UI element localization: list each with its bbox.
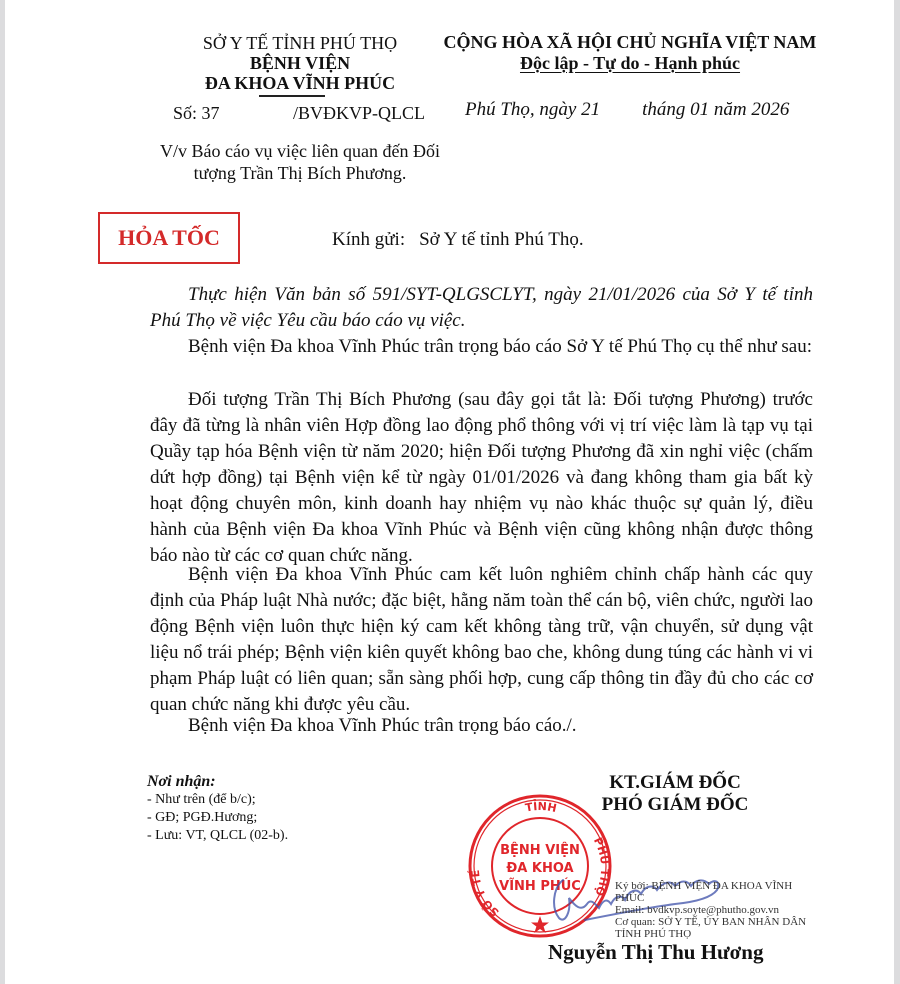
place-date-part1: Phú Thọ, ngày 21 (465, 99, 600, 120)
stamp-outer-left: SỞ Y TẾ (467, 869, 502, 919)
hospital-name-line2: ĐA KHOA VĨNH PHÚC (150, 72, 450, 94)
paragraph-intro: Thực hiện Văn bản số 591/SYT-QLGSCLYT, n… (150, 282, 813, 334)
place-and-date: Phú Thọ, ngày 21tháng 01 năm 2026 (465, 99, 789, 121)
paragraph-intro-text: Thực hiện Văn bản số 591/SYT-QLGSCLYT, n… (150, 282, 813, 334)
distribution-item: - Như trên (để b/c); (147, 791, 288, 809)
distribution-item: - GĐ; PGĐ.Hương; (147, 809, 288, 827)
right-gutter (894, 0, 900, 984)
svg-text:TỈNH: TỈNH (524, 799, 558, 815)
recipient-value: Sở Y tế tỉnh Phú Thọ. (419, 229, 584, 250)
header-left-underline (259, 95, 325, 97)
paragraph-subject-details-text: Đối tượng Trần Thị Bích Phương (sau đây … (150, 387, 813, 569)
paragraph-report: Bệnh viện Đa khoa Vĩnh Phúc trân trọng b… (150, 334, 813, 360)
document-subject: V/v Báo cáo vụ việc liên quan đến Đối tư… (150, 140, 450, 184)
urgent-badge: HỎA TỐC (98, 212, 240, 264)
paragraph-commitment: Bệnh viện Đa khoa Vĩnh Phúc cam kết luôn… (150, 562, 813, 718)
digital-organization: Cơ quan: SỞ Y TẾ, ỦY BAN NHÂN DÂN TỈNH P… (615, 916, 815, 940)
stamp-outer-top: TỈNH (524, 799, 558, 815)
digital-signed-by: Ký bởi: BỆNH VIỆN ĐA KHOA VĨNH PHÚC (615, 880, 815, 904)
distribution-item: - Lưu: VT, QLCL (02-b). (147, 827, 288, 845)
paragraph-closing-text: Bệnh viện Đa khoa Vĩnh Phúc trân trọng b… (150, 713, 813, 739)
paragraph-closing: Bệnh viện Đa khoa Vĩnh Phúc trân trọng b… (150, 713, 813, 739)
digital-email: Email: bvdkvp.soyte@phutho.gov.vn (615, 904, 815, 916)
document-number-suffix: /BVĐKVP-QLCL (293, 103, 425, 123)
recipient-line: Kính gửi:Sở Y tế tỉnh Phú Thọ. (332, 229, 584, 251)
signature-title-line1: KT.GIÁM ĐỐC (560, 772, 790, 794)
digital-signature-info: Ký bởi: BỆNH VIỆN ĐA KHOA VĨNH PHÚC Emai… (615, 880, 815, 940)
left-gutter (0, 0, 5, 984)
paragraph-subject-details: Đối tượng Trần Thị Bích Phương (sau đây … (150, 387, 813, 569)
issuing-agency: SỞ Y TẾ TỈNH PHÚ THỌ (150, 32, 450, 54)
document-number-label: Số: 37 (173, 103, 293, 124)
place-date-part2: tháng 01 năm 2026 (642, 99, 789, 120)
distribution-title: Nơi nhận: (147, 773, 288, 791)
paragraph-report-text: Bệnh viện Đa khoa Vĩnh Phúc trân trọng b… (150, 334, 813, 360)
national-motto: Độc lập - Tự do - Hạnh phúc (440, 52, 820, 74)
paragraph-commitment-text: Bệnh viện Đa khoa Vĩnh Phúc cam kết luôn… (150, 562, 813, 718)
signer-name: Nguyễn Thị Thu Hương (548, 940, 763, 965)
urgent-label: HỎA TỐC (118, 225, 220, 251)
national-title: CỘNG HÒA XÃ HỘI CHỦ NGHĨA VIỆT NAM (440, 31, 820, 53)
hospital-name-line1: BỆNH VIỆN (150, 52, 450, 74)
stamp-center-line1: BỆNH VIỆN (500, 842, 580, 858)
svg-text:SỞ Y TẾ: SỞ Y TẾ (467, 869, 502, 919)
document-number: Số: 37/BVĐKVP-QLCL (173, 103, 425, 124)
recipient-label: Kính gửi: (332, 229, 405, 250)
distribution-list: Nơi nhận: - Như trên (để b/c); - GĐ; PGĐ… (147, 773, 288, 845)
